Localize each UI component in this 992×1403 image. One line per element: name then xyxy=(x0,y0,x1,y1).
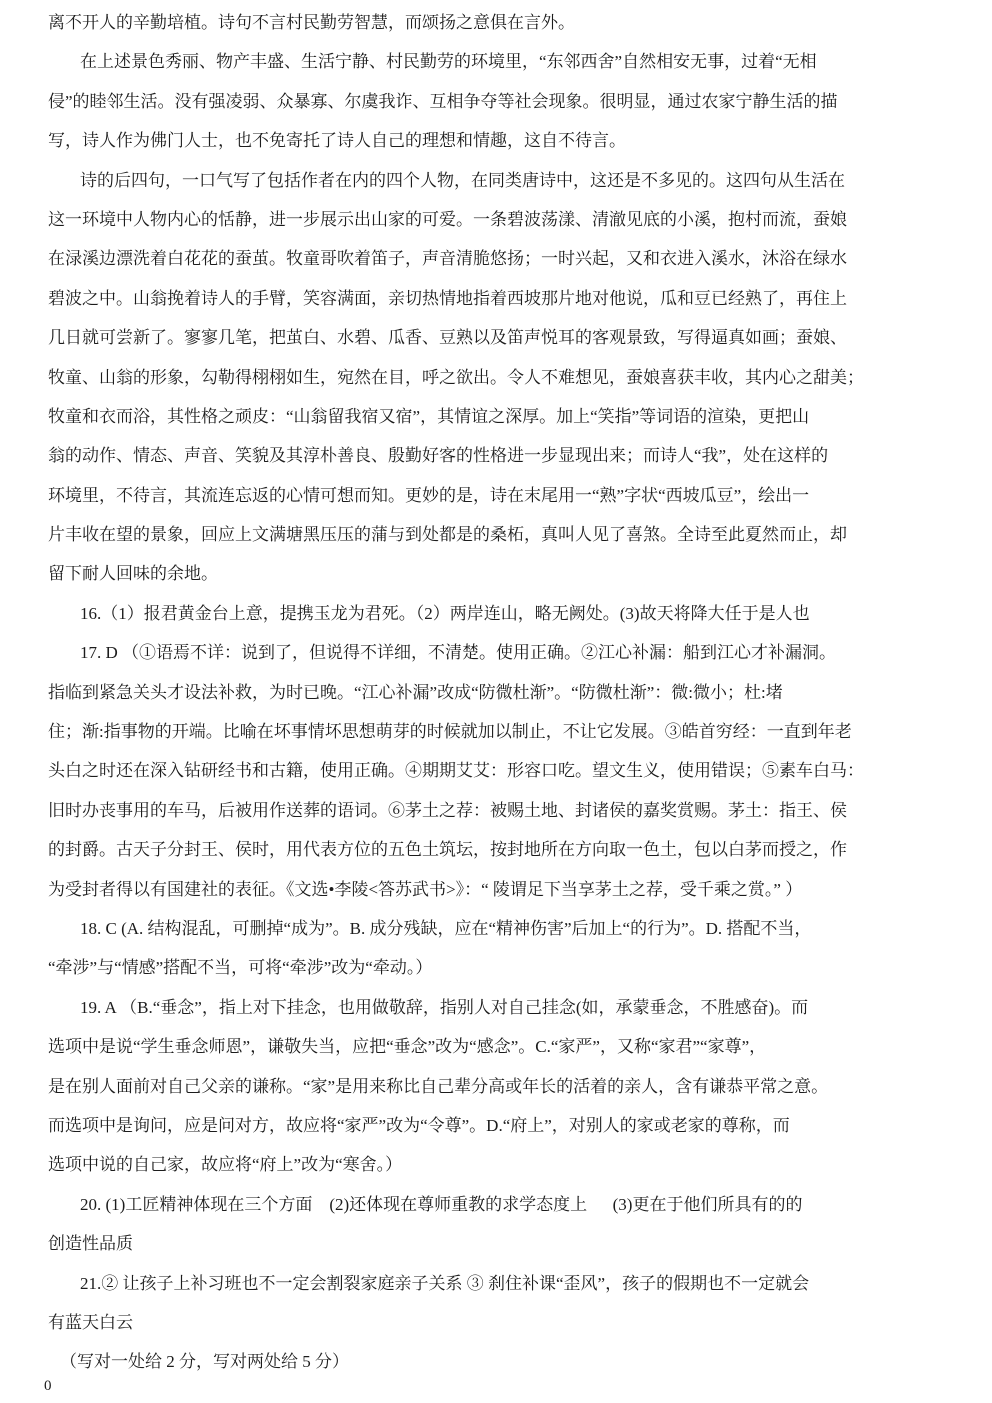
text-line: 的封爵。古天子分封王、侯时，用代表方位的五色土筑坛，按封地所在方向取一色土，包以… xyxy=(48,830,992,869)
text-line: 有蓝天白云 xyxy=(48,1303,992,1342)
text-line: 写，诗人作为佛门人士，也不免寄托了诗人自己的理想和情趣，这自不待言。 xyxy=(48,121,992,160)
text-line: 牧童和衣而浴，其性格之顽皮：“山翁留我宿又宿”，其情谊之深厚。加上“笑指”等词语… xyxy=(48,397,992,436)
text-line: （写对一处给 2 分，写对两处给 5 分） xyxy=(48,1342,992,1381)
text-line: 旧时办丧事用的车马，后被用作送葬的语词。⑥茅土之荐：被赐土地、封诸侯的嘉奖赏赐。… xyxy=(48,791,992,830)
answer-key-page: 离不开人的辛勤培植。诗句不言村民勤劳智慧，而颂扬之意俱在言外。在上述景色秀丽、物… xyxy=(0,0,992,1403)
text-line: 离不开人的辛勤培植。诗句不言村民勤劳智慧，而颂扬之意俱在言外。 xyxy=(48,3,992,42)
text-block: 离不开人的辛勤培植。诗句不言村民勤劳智慧，而颂扬之意俱在言外。在上述景色秀丽、物… xyxy=(48,3,992,1382)
text-line: 19. A （B.“垂念”，指上对下挂念，也用做敬辞，指别人对自己挂念(如，承蒙… xyxy=(48,988,992,1027)
text-line: 碧波之中。山翁挽着诗人的手臂，笑容满面，亲切热情地指着西坡那片地对他说，瓜和豆已… xyxy=(48,279,992,318)
text-line: 16.（1）报君黄金台上意，提携玉龙为君死。（2）两岸连山，略无阙处。(3)故天… xyxy=(48,594,992,633)
text-line: 诗的后四句，一口气写了包括作者在内的四个人物，在同类唐诗中，这还是不多见的。这四… xyxy=(48,161,992,200)
text-line: “牵涉”与“情感”搭配不当，可将“牵涉”改为“牵动。） xyxy=(48,948,992,987)
text-line: 选项中说的自己家，故应将“府上”改为“寒舍。） xyxy=(48,1145,992,1184)
text-line: 而选项中是询问，应是问对方，故应将“家严”改为“令尊”。D.“府上”，对别人的家… xyxy=(48,1106,992,1145)
text-line: 是在别人面前对自己父亲的谦称。“家”是用来称比自己辈分高或年长的活着的亲人，含有… xyxy=(48,1067,992,1106)
text-line: 留下耐人回味的余地。 xyxy=(48,554,992,593)
text-line: 这一环境中人物内心的恬静，进一步展示出山家的可爱。一条碧波荡漾、清澈见底的小溪，… xyxy=(48,200,992,239)
text-line: 指临到紧急关头才设法补救，为时已晚。“江心补漏”改成“防微杜渐”。“防微杜渐”：… xyxy=(48,673,992,712)
text-line: 住；渐:指事物的开端。比喻在坏事情坏思想萌芽的时候就加以制止，不让它发展。③皓首… xyxy=(48,712,992,751)
text-line: 20. (1)工匠精神体现在三个方面 (2)还体现在尊师重教的求学态度上 (3)… xyxy=(48,1185,992,1224)
text-line: 牧童、山翁的形象，勾勒得栩栩如生，宛然在目，呼之欲出。令人不难想见，蚕娘喜获丰收… xyxy=(48,358,992,397)
text-line: 18. C (A. 结构混乱，可删掉“成为”。B. 成分残缺，应在“精神伤害”后… xyxy=(48,909,992,948)
page-footer-mark: 0 xyxy=(44,1376,52,1396)
text-line: 片丰收在望的景象，回应上文满塘黑压压的蒲与到处都是的桑柘，真叫人见了喜煞。全诗至… xyxy=(48,515,992,554)
text-line: 为受封者得以有国建社的表征。《文选•李陵<答苏武书>》：“ 陵谓足下当享茅土之荐… xyxy=(48,870,992,909)
text-line: 选项中是说“学生垂念师恩”，谦敬失当，应把“垂念”改为“感念”。C.“家严”，又… xyxy=(48,1027,992,1066)
text-line: 翁的动作、情态、声音、笑貌及其淳朴善良、殷勤好客的性格进一步显现出来；而诗人“我… xyxy=(48,436,992,475)
text-line: 几日就可尝新了。寥寥几笔，把茧白、水碧、瓜香、豆熟以及笛声悦耳的客观景致，写得逼… xyxy=(48,318,992,357)
text-line: 21.② 让孩子上补习班也不一定会割裂家庭亲子关系 ③ 刹住补课“歪风”，孩子的… xyxy=(48,1264,992,1303)
text-line: 在渌溪边漂洗着白花花的蚕茧。牧童哥吹着笛子，声音清脆悠扬；一时兴起，又和衣进入溪… xyxy=(48,239,992,278)
text-line: 头白之时还在深入钻研经书和古籍，使用正确。④期期艾艾：形容口吃。望文生义，使用错… xyxy=(48,751,992,790)
text-line: 在上述景色秀丽、物产丰盛、生活宁静、村民勤劳的环境里，“东邻西舍”自然相安无事，… xyxy=(48,42,992,81)
text-line: 创造性品质 xyxy=(48,1224,992,1263)
text-line: 环境里，不待言，其流连忘返的心情可想而知。更妙的是，诗在末尾用一“熟”字状“西坡… xyxy=(48,476,992,515)
text-line: 17. D （①语焉不详：说到了，但说得不详细，不清楚。使用正确。②江心补漏：船… xyxy=(48,633,992,672)
text-line: 侵”的睦邻生活。没有强凌弱、众暴寡、尔虞我诈、互相争夺等社会现象。很明显，通过农… xyxy=(48,82,992,121)
